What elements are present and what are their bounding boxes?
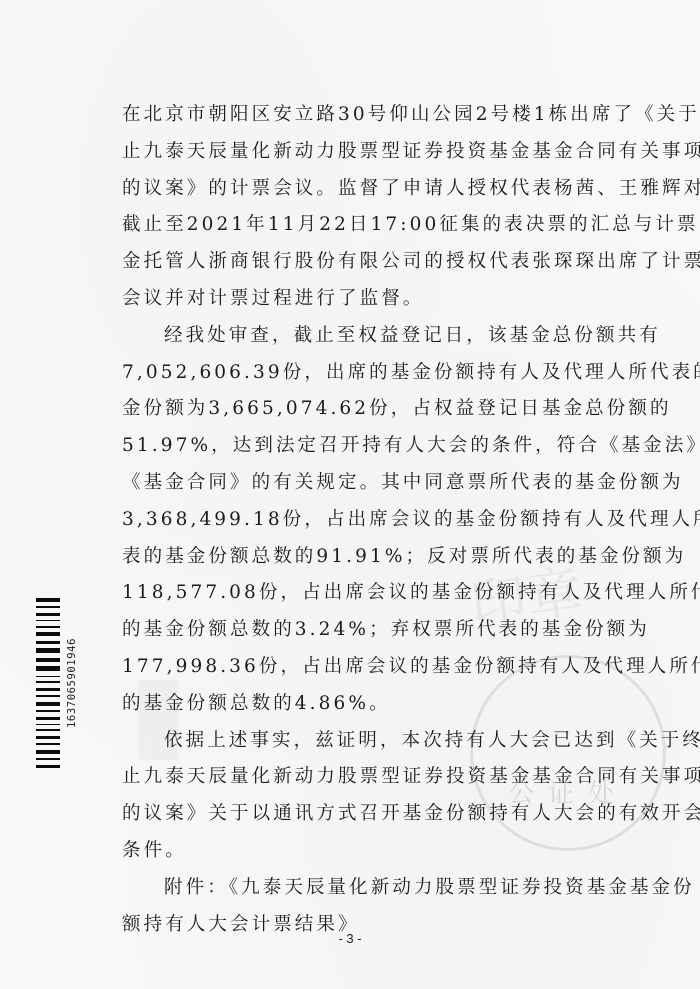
- text-line: 7,052,606.39份，出席的基金份额持有人及代理人所代表的基: [122, 355, 622, 392]
- text-line: 会议并对计票过程进行了监督。: [122, 281, 622, 318]
- paragraph-certification: 依据上述事实，兹证明，本次持有人大会已达到《关于终 止九泰天辰量化新动力股票型证…: [122, 723, 622, 870]
- text-line: 3,368,499.18份，占出席会议的基金份额持有人及代理人所代: [122, 502, 622, 539]
- text-line: 止九泰天辰量化新动力股票型证券投资基金基金合同有关事项: [122, 759, 622, 796]
- document-body: 在北京市朝阳区安立路30号仰山公园2号楼1栋出席了《关于终 止九泰天辰量化新动力…: [122, 97, 622, 943]
- paragraph-vote-results: 经我处审查，截止至权益登记日，该基金总份额共有 7,052,606.39份，出席…: [122, 318, 622, 723]
- text-line: 51.97%，达到法定召开持有人大会的条件，符合《基金法》和: [122, 428, 622, 465]
- text-line: 的基金份额总数的4.86%。: [122, 686, 622, 723]
- text-line: 的议案》关于以通讯方式召开基金份额持有人大会的有效开会: [122, 796, 622, 833]
- document-page: 印章 公证处 在北京市朝阳区安立路30号仰山公园2号楼1栋出席了《关于终 止九泰…: [0, 0, 700, 989]
- text-line: 在北京市朝阳区安立路30号仰山公园2号楼1栋出席了《关于终: [122, 97, 622, 134]
- text-line: 止九泰天辰量化新动力股票型证券投资基金基金合同有关事项: [122, 134, 622, 171]
- text-line: 条件。: [122, 833, 622, 870]
- text-line: 经我处审查，截止至权益登记日，该基金总份额共有: [122, 318, 622, 355]
- text-line: 金托管人浙商银行股份有限公司的授权代表张琛琛出席了计票: [122, 244, 622, 281]
- text-line: 的议案》的计票会议。监督了申请人授权代表杨茜、王雅辉对: [122, 171, 622, 208]
- text-line: 《基金合同》的有关规定。其中同意票所代表的基金份额为: [122, 465, 622, 502]
- text-line: 附件：《九泰天辰量化新动力股票型证券投资基金基金份: [122, 870, 622, 907]
- text-line: 表的基金份额总数的91.91%；反对票所代表的基金份额为: [122, 539, 622, 576]
- barcode: [36, 598, 60, 768]
- page-number: - 3 -: [0, 931, 700, 946]
- barcode-number: 1637065901946: [66, 638, 78, 728]
- text-line: 截止至2021年11月22日17:00征集的表决票的汇总与计票，基: [122, 207, 622, 244]
- paragraph-meeting-attendance: 在北京市朝阳区安立路30号仰山公园2号楼1栋出席了《关于终 止九泰天辰量化新动力…: [122, 97, 622, 318]
- text-line: 177,998.36份，占出席会议的基金份额持有人及代理人所代表: [122, 649, 622, 686]
- text-line: 依据上述事实，兹证明，本次持有人大会已达到《关于终: [122, 723, 622, 760]
- text-line: 的基金份额总数的3.24%；弃权票所代表的基金份额为: [122, 612, 622, 649]
- text-line: 金份额为3,665,074.62份，占权益登记日基金总份额的: [122, 391, 622, 428]
- text-line: 118,577.08份，占出席会议的基金份额持有人及代理人所代表: [122, 575, 622, 612]
